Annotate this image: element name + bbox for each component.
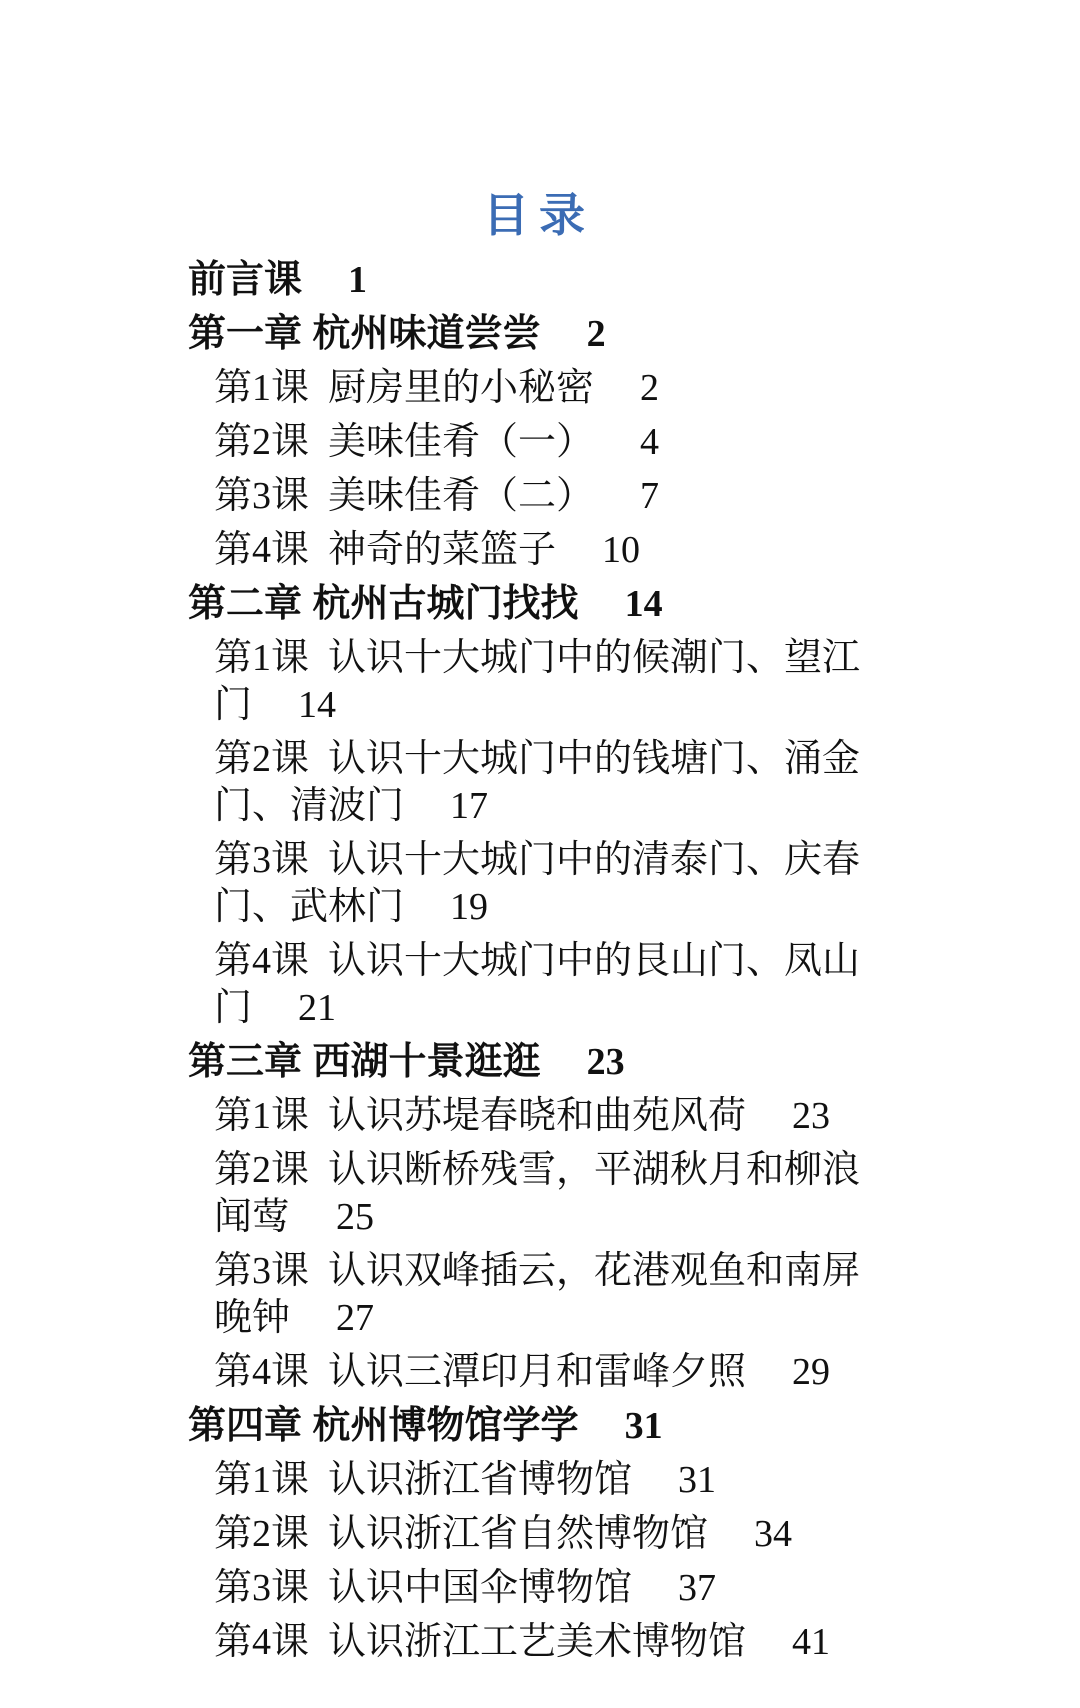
toc-entry-page: 23	[792, 1095, 830, 1137]
toc-entry-label: 第四章 杭州博物馆学学	[188, 1405, 579, 1447]
toc-entry: 第1课 认识浙江省博物馆31	[188, 1457, 880, 1504]
toc-entry-page: 2	[640, 367, 659, 409]
toc-entry-page: 4	[640, 421, 659, 463]
toc-entry-page: 34	[754, 1513, 792, 1555]
toc-entry: 第2课 认识断桥残雪，平湖秋月和柳浪闻莺25	[188, 1147, 880, 1241]
toc-entry: 第三章 西湖十景逛逛23	[188, 1039, 880, 1086]
toc-entry-page: 25	[336, 1196, 374, 1238]
document-page: 目录 前言课1第一章 杭州味道尝尝2第1课 厨房里的小秘密2第2课 美味佳肴（一…	[0, 0, 1080, 1708]
toc-entry-label: 第三章 西湖十景逛逛	[188, 1041, 541, 1083]
toc-entry-page: 19	[450, 886, 488, 928]
toc-entry-page: 23	[587, 1041, 625, 1083]
toc-entry-page: 27	[336, 1297, 374, 1339]
toc-entry: 第3课 认识双峰插云，花港观鱼和南屏晚钟27	[188, 1248, 880, 1342]
toc-entry: 第1课 厨房里的小秘密2	[188, 365, 880, 412]
toc-entry-page: 41	[792, 1621, 830, 1663]
toc-entry-page: 31	[625, 1405, 663, 1447]
toc-entry: 第1课 认识苏堤春晓和曲苑风荷23	[188, 1093, 880, 1140]
toc-entry: 第一章 杭州味道尝尝2	[188, 311, 880, 358]
toc-entry-label: 第4课 神奇的菜篮子	[214, 529, 556, 571]
toc-entry: 第3课 美味佳肴（二）7	[188, 473, 880, 520]
toc-entry: 第二章 杭州古城门找找14	[188, 581, 880, 628]
toc-entry-page: 17	[450, 785, 488, 827]
toc-entry-page: 10	[602, 529, 640, 571]
toc-entry-label: 第3课 认识十大城门中的清泰门、庆春门、武林门	[214, 839, 860, 928]
toc-entry-label: 第二章 杭州古城门找找	[188, 583, 579, 625]
toc-entry: 第3课 认识中国伞博物馆37	[188, 1565, 880, 1612]
toc-entry-page: 2	[587, 313, 606, 355]
toc-entry: 前言课1	[188, 257, 880, 304]
toc-entry-page: 37	[678, 1567, 716, 1609]
page-title: 目录	[188, 190, 880, 241]
toc-entry-label: 第一章 杭州味道尝尝	[188, 313, 541, 355]
toc-entry: 第四章 杭州博物馆学学31	[188, 1403, 880, 1450]
toc-entry-page: 14	[625, 583, 663, 625]
toc-list: 前言课1第一章 杭州味道尝尝2第1课 厨房里的小秘密2第2课 美味佳肴（一）4第…	[188, 257, 880, 1666]
toc-entry-page: 14	[298, 684, 336, 726]
toc-entry: 第4课 神奇的菜篮子10	[188, 527, 880, 574]
toc-entry-page: 31	[678, 1459, 716, 1501]
toc-entry-label: 第3课 美味佳肴（二）	[214, 475, 594, 517]
toc-entry-label: 第2课 美味佳肴（一）	[214, 421, 594, 463]
toc-entry-page: 29	[792, 1351, 830, 1393]
toc-entry-label: 第3课 认识中国伞博物馆	[214, 1567, 632, 1609]
toc-entry: 第2课 美味佳肴（一）4	[188, 419, 880, 466]
toc-entry: 第1课 认识十大城门中的候潮门、望江门14	[188, 635, 880, 729]
toc-entry: 第4课 认识浙江工艺美术博物馆41	[188, 1619, 880, 1666]
toc-entry-label: 第2课 认识断桥残雪，平湖秋月和柳浪闻莺	[214, 1149, 860, 1238]
toc-entry-label: 第2课 认识浙江省自然博物馆	[214, 1513, 708, 1555]
toc-entry: 第4课 认识十大城门中的艮山门、凤山门21	[188, 938, 880, 1032]
toc-entry-label: 第1课 认识浙江省博物馆	[214, 1459, 632, 1501]
toc-entry-label: 第3课 认识双峰插云，花港观鱼和南屏晚钟	[214, 1250, 860, 1339]
toc-entry-label: 第1课 认识苏堤春晓和曲苑风荷	[214, 1095, 746, 1137]
toc-entry-label: 第4课 认识浙江工艺美术博物馆	[214, 1621, 746, 1663]
toc-entry-page: 21	[298, 987, 336, 1029]
toc-entry-label: 第1课 厨房里的小秘密	[214, 367, 594, 409]
toc-entry-page: 7	[640, 475, 659, 517]
toc-entry-label: 第4课 认识三潭印月和雷峰夕照	[214, 1351, 746, 1393]
toc-entry: 第4课 认识三潭印月和雷峰夕照29	[188, 1349, 880, 1396]
toc-entry: 第2课 认识浙江省自然博物馆34	[188, 1511, 880, 1558]
toc-entry-label: 第2课 认识十大城门中的钱塘门、涌金门、清波门	[214, 738, 860, 827]
toc-entry: 第3课 认识十大城门中的清泰门、庆春门、武林门19	[188, 837, 880, 931]
toc-entry-label: 前言课	[188, 259, 302, 301]
toc-entry: 第2课 认识十大城门中的钱塘门、涌金门、清波门17	[188, 736, 880, 830]
toc-entry-page: 1	[348, 259, 367, 301]
